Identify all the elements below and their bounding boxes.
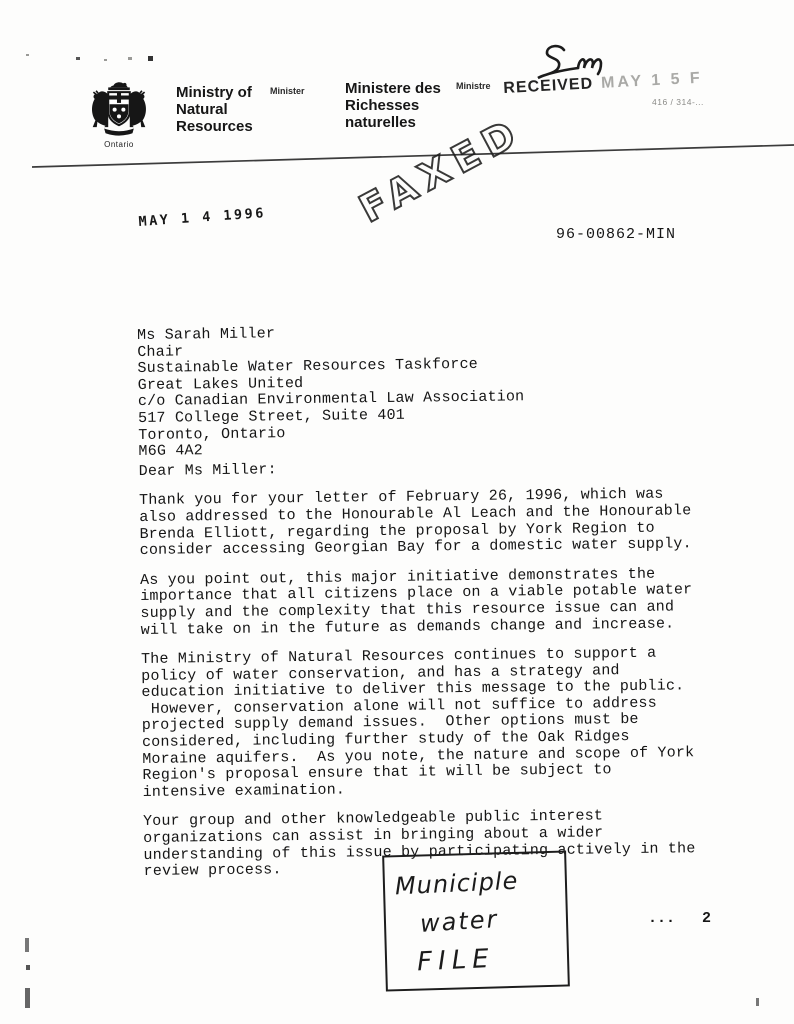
- file-box-line-2: water: [419, 905, 499, 938]
- page-continuation-indicator: ... 2: [648, 910, 711, 927]
- file-box-line-1: Municiple: [394, 867, 518, 901]
- received-stamp-label: RECEIVED: [503, 75, 594, 97]
- scan-artifact: [148, 56, 153, 61]
- handwritten-file-box: Municiple water FILE: [382, 850, 570, 991]
- minister-label-french: Ministre: [456, 81, 491, 91]
- ministry-name-english: Ministry of Natural Resources: [176, 84, 253, 135]
- letter-body: Ms Sarah Miller Chair Sustainable Water …: [137, 321, 740, 881]
- paragraph-1: Thank you for your letter of February 26…: [139, 486, 736, 560]
- paragraph-2: As you point out, this major initiative …: [140, 565, 737, 639]
- ontario-coat-of-arms: Ontario: [84, 80, 154, 149]
- minister-label-english: Minister: [270, 86, 305, 96]
- paragraph-3: The Ministry of Natural Resources contin…: [141, 645, 739, 802]
- scan-artifact: [25, 988, 30, 1008]
- fax-number: 416 / 314-...: [652, 97, 704, 107]
- date-received-stamp: MAY 1 4 1996: [138, 205, 266, 230]
- reference-number: 96-00862-MIN: [556, 226, 676, 243]
- scan-artifact: [26, 54, 29, 56]
- scan-artifact: [25, 938, 29, 952]
- scan-artifact: [128, 57, 132, 60]
- scan-artifact: [26, 965, 30, 970]
- scan-artifact: [104, 59, 107, 61]
- coat-of-arms-caption: Ontario: [84, 140, 154, 149]
- file-box-line-3: FILE: [416, 944, 495, 977]
- recipient-address: Ms Sarah Miller Chair Sustainable Water …: [137, 321, 735, 461]
- scan-artifact: [756, 998, 759, 1006]
- ministry-name-french: Ministere des Richesses naturelles: [345, 80, 441, 131]
- scan-artifact: [76, 57, 80, 60]
- ontario-coat-of-arms-icon: [85, 80, 153, 142]
- scanned-letter-page: Ontario Ministry of Natural Resources Mi…: [0, 0, 794, 1024]
- salutation: Dear Ms Miller:: [139, 456, 735, 480]
